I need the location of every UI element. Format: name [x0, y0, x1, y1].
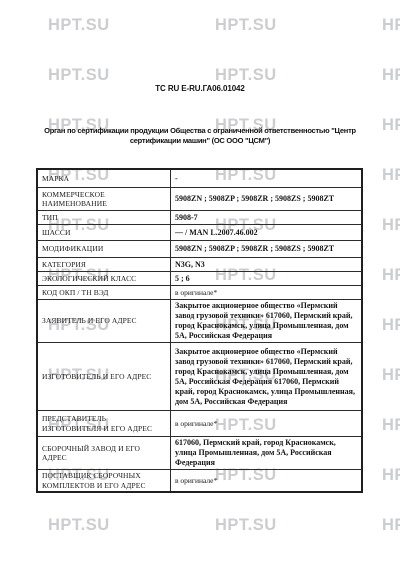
- row-label: ПРЕДСТАВИТЕЛЬ ИЗГОТОВИТЕЛЯ И ЕГО АДРЕС: [37, 411, 171, 437]
- watermark-text: HPT.SU: [382, 116, 400, 135]
- watermark-text: HPT.SU: [382, 316, 400, 335]
- watermark-text: HPT.SU: [215, 16, 277, 35]
- row-value: 5908ZN ; 5908ZP ; 5908ZR ; 5908ZS ; 5908…: [171, 188, 363, 211]
- table-row-kit-supplier: ПОСТАВЩИК СБОРОЧНЫХ КОМПЛЕКТОВ И ЕГО АДР…: [37, 470, 362, 493]
- row-label: ТИП: [37, 211, 171, 225]
- row-label: ПОСТАВЩИК СБОРОЧНЫХ КОМПЛЕКТОВ И ЕГО АДР…: [37, 470, 171, 493]
- row-value: Закрытое акционерное общество «Пермский …: [171, 343, 363, 411]
- row-label: КОММЕРЧЕСКОЕ НАИМЕНОВАНИЕ: [37, 188, 171, 211]
- table-row-okp-code: КОД ОКП / ТН ВЭД в оригинале*: [37, 286, 362, 300]
- row-value: -: [171, 169, 363, 188]
- watermark-text: HPT.SU: [382, 16, 400, 35]
- watermark-text: HPT.SU: [215, 66, 277, 85]
- watermark-text: HPT.SU: [48, 516, 110, 535]
- watermark-text: HPT.SU: [382, 266, 400, 285]
- row-value: Закрытое акционерное общество «Пермский …: [171, 300, 363, 343]
- table-row-marka: МАРКА -: [37, 169, 362, 188]
- watermark-text: HPT.SU: [382, 366, 400, 385]
- table-row-eco-class: ЭКОЛОГИЧЕСКИЙ КЛАСС 5 ; 6: [37, 272, 362, 286]
- row-label: КАТЕГОРИЯ: [37, 258, 171, 272]
- certification-body-title: Орган по сертификации продукции Общества…: [20, 126, 380, 146]
- table-row-assembly-plant: СБОРОЧНЫЙ ЗАВОД И ЕГО АДРЕС 617060, Перм…: [37, 437, 362, 470]
- row-value: в оригинале*: [171, 470, 363, 493]
- watermark-text: HPT.SU: [382, 516, 400, 535]
- table-row-type: ТИП 5908-7: [37, 211, 362, 225]
- row-value: 5908-7: [171, 211, 363, 225]
- row-label: ШАССИ: [37, 225, 171, 241]
- table-row-category: КАТЕГОРИЯ N3G, N3: [37, 258, 362, 272]
- table-row-commercial-name: КОММЕРЧЕСКОЕ НАИМЕНОВАНИЕ 5908ZN ; 5908Z…: [37, 188, 362, 211]
- certificate-number: ТС RU Е-RU.ГА06.01042: [0, 84, 400, 93]
- table-row-chassis: ШАССИ — / MAN L.2007.46.002: [37, 225, 362, 241]
- row-value: 5 ; 6: [171, 272, 363, 286]
- table-row-manufacturer: ИЗГОТОВИТЕЛЬ И ЕГО АДРЕС Закрытое акцион…: [37, 343, 362, 411]
- row-value: — / MAN L.2007.46.002: [171, 225, 363, 241]
- row-value: в оригинале*: [171, 286, 363, 300]
- table-row-modifications: МОДИФИКАЦИИ 5908ZN ; 5908ZP ; 5908ZR ; 5…: [37, 241, 362, 258]
- row-label: МОДИФИКАЦИИ: [37, 241, 171, 258]
- watermark-text: HPT.SU: [48, 16, 110, 35]
- row-value: N3G, N3: [171, 258, 363, 272]
- watermark-text: HPT.SU: [382, 416, 400, 435]
- row-label: ЭКОЛОГИЧЕСКИЙ КЛАСС: [37, 272, 171, 286]
- row-label: ИЗГОТОВИТЕЛЬ И ЕГО АДРЕС: [37, 343, 171, 411]
- row-label: ЗАЯВИТЕЛЬ И ЕГО АДРЕС: [37, 300, 171, 343]
- row-label: СБОРОЧНЫЙ ЗАВОД И ЕГО АДРЕС: [37, 437, 171, 470]
- row-value: в оригинале*: [171, 411, 363, 437]
- document-page: HPT.SUHPT.SUHPT.SUHPT.SUHPT.SUHPT.SUHPT.…: [0, 0, 400, 565]
- spec-table: МАРКА - КОММЕРЧЕСКОЕ НАИМЕНОВАНИЕ 5908ZN…: [36, 168, 363, 493]
- row-label: МАРКА: [37, 169, 171, 188]
- row-label: КОД ОКП / ТН ВЭД: [37, 286, 171, 300]
- watermark-text: HPT.SU: [382, 216, 400, 235]
- row-value: 5908ZN ; 5908ZP ; 5908ZR ; 5908ZS ; 5908…: [171, 241, 363, 258]
- watermark-text: HPT.SU: [48, 66, 110, 85]
- table-row-manufacturer-representative: ПРЕДСТАВИТЕЛЬ ИЗГОТОВИТЕЛЯ И ЕГО АДРЕС в…: [37, 411, 362, 437]
- watermark-text: HPT.SU: [382, 166, 400, 185]
- row-value: 617060, Пермский край, город Краснокамск…: [171, 437, 363, 470]
- watermark-text: HPT.SU: [382, 466, 400, 485]
- table-row-applicant: ЗАЯВИТЕЛЬ И ЕГО АДРЕС Закрытое акционерн…: [37, 300, 362, 343]
- watermark-text: HPT.SU: [382, 66, 400, 85]
- watermark-text: HPT.SU: [215, 516, 277, 535]
